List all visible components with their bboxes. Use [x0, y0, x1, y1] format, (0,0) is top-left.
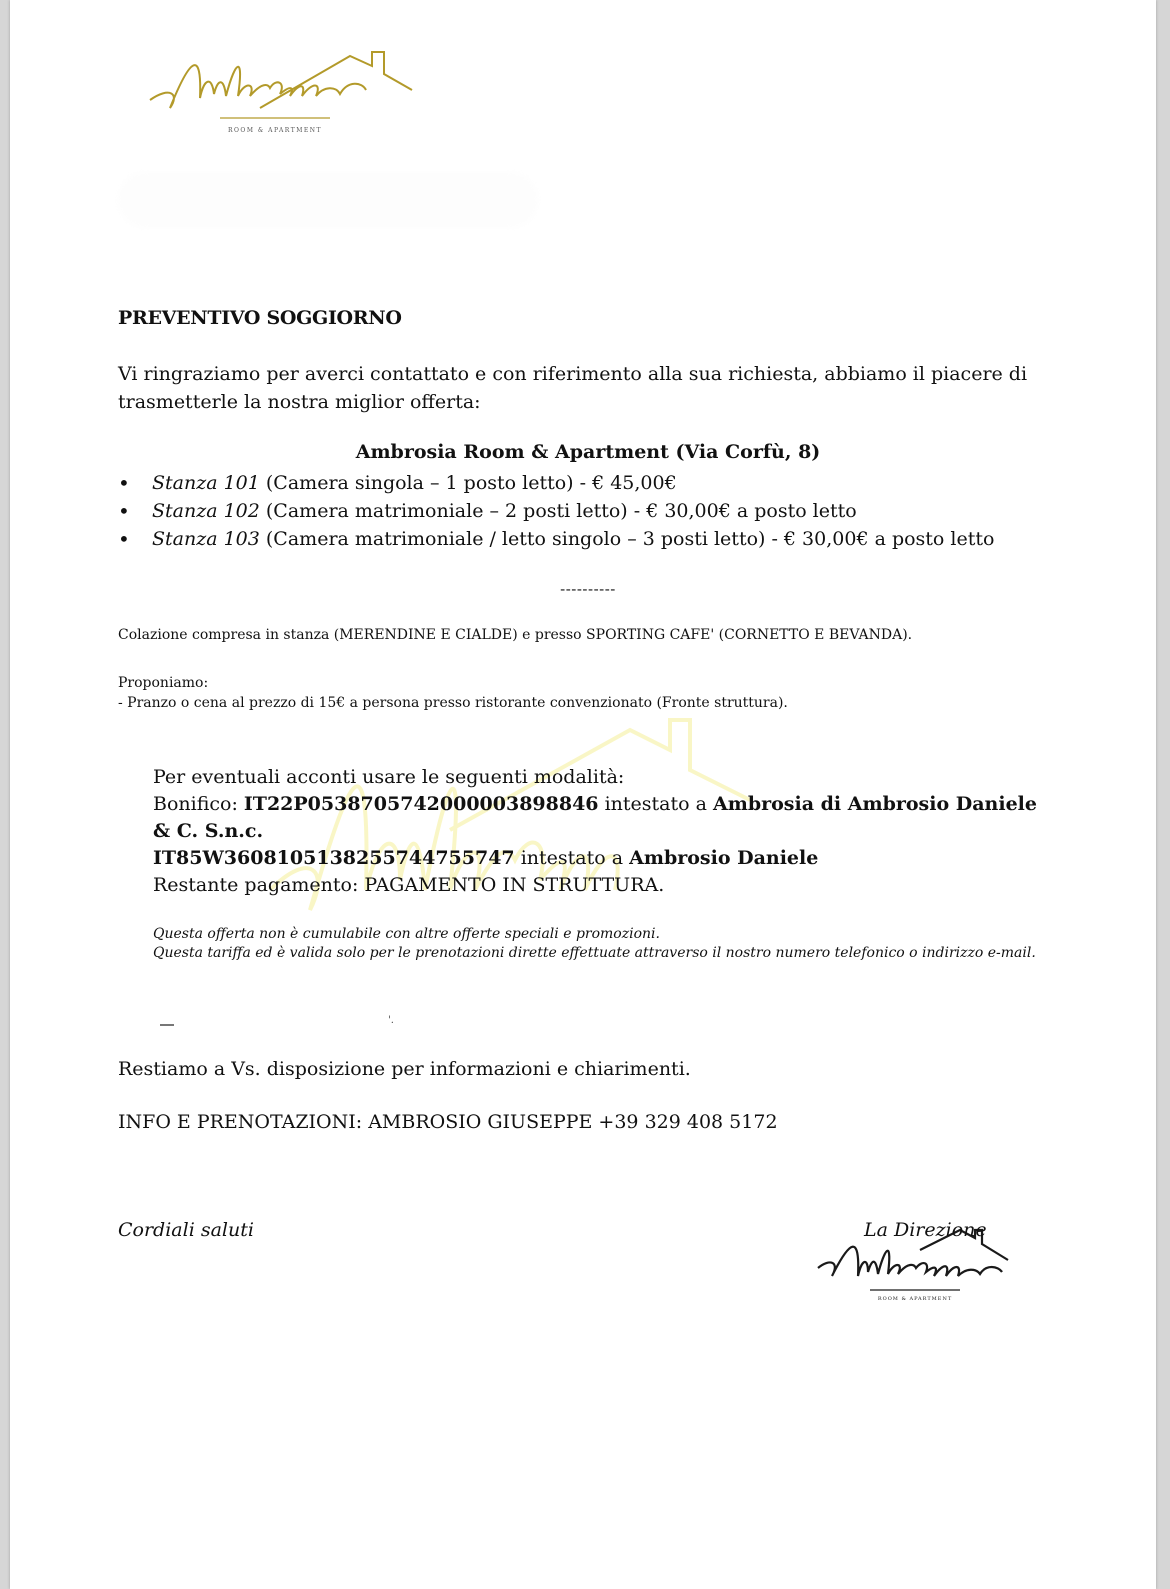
payment-heading: Per eventuali acconti usare le seguenti …: [153, 764, 1053, 791]
terms-line: Questa offerta non è cumulabile con altr…: [153, 925, 1053, 944]
room-list: Stanza 101 (Camera singola – 1 posto let…: [118, 469, 1078, 553]
svg-text:ROOM & APARTMENT: ROOM & APARTMENT: [878, 1296, 952, 1302]
account-holder-2: Ambrosio Daniele: [629, 847, 818, 869]
svg-text:ROOM & APARTMENT: ROOM & APARTMENT: [228, 127, 322, 134]
terms-line: Questa tariffa ed è valida solo per le p…: [153, 944, 1053, 963]
stray-mark: '.: [388, 1015, 394, 1026]
document-page: ROOM & APARTMENT PREVENTIVO SOGGIORNO Vi…: [10, 0, 1156, 1589]
breakfast-note: Colazione compresa in stanza (MERENDINE …: [118, 625, 912, 645]
room-item: Stanza 101 (Camera singola – 1 posto let…: [118, 469, 1078, 497]
remaining-payment: Restante pagamento: PAGAMENTO IN STRUTTU…: [153, 872, 1053, 899]
redacted-address-block: [118, 172, 538, 228]
ambrosia-logo: ROOM & APARTMENT: [140, 38, 430, 148]
contact-info: INFO E PRENOTAZIONI: AMBROSIO GIUSEPPE +…: [118, 1111, 778, 1133]
bonifico-line-2: IT85W3608105138255744755747 intestato a …: [153, 845, 1053, 872]
stray-mark: [160, 1024, 174, 1026]
bonifico-line-1: Bonifico: IT22P0538705742000003898846 in…: [153, 791, 1053, 845]
signature-label: La Direzione: [864, 1219, 987, 1241]
venue-heading: Ambrosia Room & Apartment (Via Corfù, 8): [118, 441, 1058, 463]
payment-methods: Per eventuali acconti usare le seguenti …: [153, 764, 1053, 899]
room-item: Stanza 103 (Camera matrimoniale / letto …: [118, 525, 1078, 553]
house-roof-icon: [260, 52, 412, 108]
closing-paragraph: Restiamo a Vs. disposizione per informaz…: [118, 1058, 691, 1080]
room-item: Stanza 102 (Camera matrimoniale – 2 post…: [118, 497, 1078, 525]
offer-terms: Questa offerta non è cumulabile con altr…: [153, 925, 1053, 963]
document-title: PREVENTIVO SOGGIORNO: [118, 307, 402, 329]
iban-1: IT22P0538705742000003898846: [244, 793, 599, 815]
separator: ----------: [118, 580, 1058, 598]
intro-paragraph: Vi ringraziamo per averci contattato e c…: [118, 360, 1058, 416]
greeting: Cordiali saluti: [118, 1219, 254, 1241]
iban-2: IT85W3608105138255744755747: [153, 847, 515, 869]
